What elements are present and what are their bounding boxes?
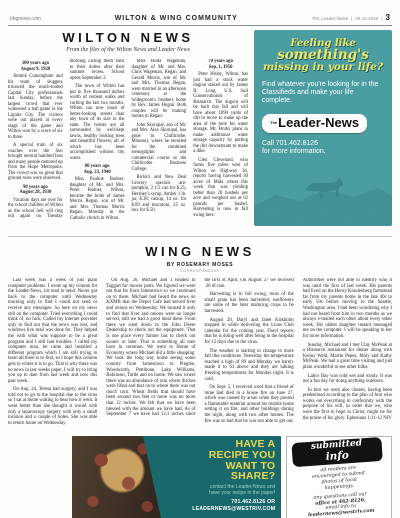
separator: | xyxy=(381,16,382,21)
ad-headline-line3: missing in your life? xyxy=(262,62,384,73)
recipe-body-line2: have your recipe in the paper! xyxy=(192,490,275,496)
dog-photo-watermark xyxy=(254,168,392,226)
ad-call-info: Call 701.462.8126 for more information. xyxy=(262,140,384,156)
wilton-news-title: WILTON NEWS xyxy=(8,30,248,45)
recipe-email: LEADERNEWS@WESTRIV.COM xyxy=(192,506,275,512)
wilton-news-subtitle: From the files of the Wilton News and Le… xyxy=(8,47,248,53)
separator: | xyxy=(351,16,352,21)
byline-role: CORRESPONDENT xyxy=(8,269,392,273)
news-paragraph: Rickk's and New Deal Grocery specials ar… xyxy=(132,175,187,214)
news-paragraph: Miss Hilda Wageman, daughter of Mr. and … xyxy=(132,59,187,120)
page-header: bhgnews.com WILTON & WING COMMUNITY The … xyxy=(8,13,392,26)
news-paragraph: August 28, Daryl and Janet Kirkholm stop… xyxy=(205,318,294,346)
news-paragraph: In him we were also chosen, having been … xyxy=(303,388,392,422)
years-ago-heading: 70 years agoSep. 1, 1950 xyxy=(193,59,248,70)
wing-news-title: WING NEWS xyxy=(8,244,392,259)
wilton-news-columns: 100 years agoAugust 9, 1920Jimmie Cunnin… xyxy=(8,59,248,229)
ad-body-text: Find whatever you're looking for in the … xyxy=(262,81,384,106)
ad-call-line2: for more information. xyxy=(262,148,384,156)
submitted-info-card: submitted info all readers are encourage… xyxy=(289,437,390,518)
newspaper-page: bhgnews.com WILTON & WING COMMUNITY The … xyxy=(0,0,400,518)
news-paragraph: Sunday, Michael and I met Clay McPeak at… xyxy=(303,343,392,371)
news-paragraph: Glen Cleveland, who farms five miles wes… xyxy=(193,158,248,219)
issue-info: The Leader-News | 09.10.2020 | 3 xyxy=(312,13,390,22)
news-paragraph: Last week was a week of just plain compu… xyxy=(8,278,97,384)
leader-news-logo: TheLeader-News xyxy=(262,114,367,133)
recipe-body: contact the Leader-News and have your re… xyxy=(192,484,275,496)
ad-phone: Call 701.462.8126 xyxy=(262,140,384,148)
wilton-news-section: WILTON NEWS From the files of the Wilton… xyxy=(8,30,248,229)
news-paragraph: Peter Hruby, Wilton, has just had a stoc… xyxy=(193,72,248,155)
years-ago-heading: 80 years agoAug. 23, 1940 xyxy=(70,164,125,175)
bottom-ads-row: HAVE A RECIPE YOU WANT TO SHARE? contact… xyxy=(8,436,392,518)
recipe-contact: 701.462.8126 OR LEADERNEWS@WESTRIV.COM xyxy=(192,499,275,512)
wing-news-section: WING NEWS BY ROSEMARY MOSES CORRESPONDEN… xyxy=(8,244,392,273)
years-ago-heading: 90 years agoAugust 28, 1930 xyxy=(8,185,63,196)
news-paragraph: On Aug. 24, Teresa had surgery, and I wa… xyxy=(8,387,97,426)
section-divider xyxy=(8,236,392,237)
news-paragraph: The town of Wilton has put in five thous… xyxy=(70,84,125,161)
recipe-ad[interactable]: HAVE A RECIPE YOU WANT TO SHARE? contact… xyxy=(72,436,281,518)
site-url: bhgnews.com xyxy=(10,16,41,22)
news-paragraph: A special train of six coaches over the … xyxy=(8,143,63,182)
main-content-row: WILTON NEWS From the files of the Wilton… xyxy=(8,30,392,229)
news-paragraph: John Skorupal, son of Mr. and Mrs. Alex … xyxy=(132,123,187,173)
recipe-ad-text: HAVE A RECIPE YOU WANT TO SHARE? contact… xyxy=(192,439,275,512)
logo-text: Leader-News xyxy=(278,115,359,130)
recipe-headline-line2: RECIPE YOU xyxy=(192,450,275,461)
years-ago-heading: 100 years agoAugust 9, 1920 xyxy=(8,61,63,72)
logo-the: The xyxy=(270,120,277,125)
news-paragraph: Jimmie Cunningham and his team of slugge… xyxy=(8,74,63,140)
submitted-info-body: all readers are encouraged to submit pho… xyxy=(291,464,390,518)
page-number: 3 xyxy=(386,13,390,22)
recipe-headline: HAVE A RECIPE YOU WANT TO SHARE? xyxy=(192,439,275,482)
submitted-info-ad[interactable]: submitted info all readers are encourage… xyxy=(286,436,392,518)
ads-spacer xyxy=(8,436,72,518)
news-paragraph: Labor Day was cold wet and windy. It was… xyxy=(303,374,392,385)
news-paragraph: Harvesting is in full swing, most of the… xyxy=(205,292,294,314)
news-paragraph: The weather is starting to change to mor… xyxy=(205,349,294,383)
community-title: WILTON & WING COMMUNITY xyxy=(115,15,238,22)
classified-ad-area: Feeling like something's missing in your… xyxy=(254,30,392,229)
recipe-headline-line4: SHARE? xyxy=(192,471,275,482)
classifieds-house-ad[interactable]: Feeling like something's missing in your… xyxy=(254,30,392,226)
paper-name: The Leader-News xyxy=(312,16,349,21)
submitted-info-badge: submitted info xyxy=(292,437,383,467)
issue-date: 09.10.2020 xyxy=(355,16,378,21)
byline: BY ROSEMARY MOSES xyxy=(8,262,392,268)
wing-news-columns: Last week was a week of just plain compu… xyxy=(8,278,392,428)
news-paragraph: Miss Pauline Bodner, daughter of Mr. and… xyxy=(70,177,125,221)
ad-headline: Feeling like something's missing in your… xyxy=(262,39,384,73)
